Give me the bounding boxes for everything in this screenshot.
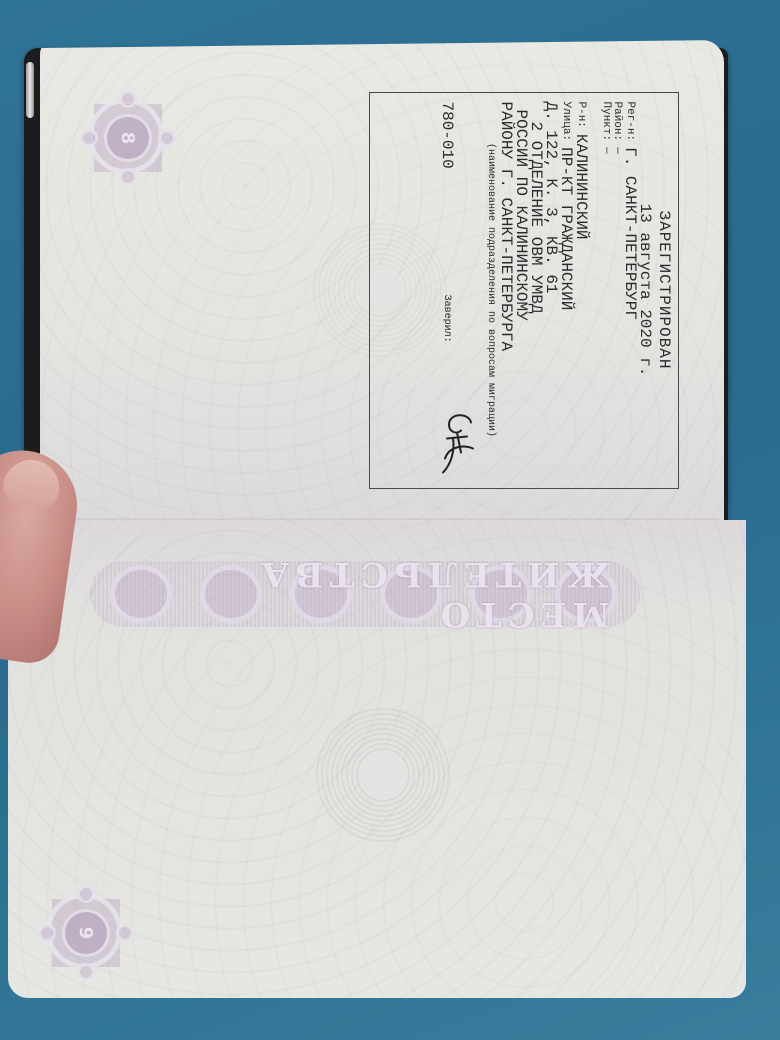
security-seal-icon bbox=[313, 705, 453, 845]
house-row: Д. 122, К. 3, КВ. 61 bbox=[543, 102, 558, 479]
department-code: 780-010 bbox=[439, 102, 454, 169]
district-value: — bbox=[611, 147, 622, 154]
registration-date: 13 августа 2020 г. bbox=[637, 102, 652, 479]
certified-label: Заверил: bbox=[439, 295, 454, 343]
page-number-bottom: 9 bbox=[38, 885, 134, 981]
region-value: Г. САНКТ-ПЕТЕРБУРГ bbox=[622, 147, 637, 320]
page-number-rosette-icon: 9 bbox=[38, 885, 134, 981]
area-row: Р-н: КАЛИНИНСКИЙ bbox=[573, 102, 588, 479]
page-number-rosette-icon: 8 bbox=[80, 90, 176, 186]
locality-value: — bbox=[600, 147, 611, 154]
region-row: Рег-н: Г. САНКТ-ПЕТЕРБУРГ bbox=[622, 102, 637, 479]
street-value: ПР-КТ ГРАЖДАНСКИЙ bbox=[558, 147, 573, 310]
street-row: Улица: ПР-КТ ГРАЖДАНСКИЙ bbox=[558, 102, 573, 479]
stamp-title: ЗАРЕГИСТРИРОВАН bbox=[656, 102, 671, 479]
ornamental-header-band: МЕСТО ЖИТЕЛЬСТВА bbox=[90, 555, 640, 633]
ornamental-header-text: МЕСТО ЖИТЕЛЬСТВА bbox=[90, 555, 640, 633]
authority-line-1: 2 ОТДЕЛЕНИЕ ОВМ УМВД bbox=[528, 102, 543, 479]
locality-label: Пункт: bbox=[600, 102, 611, 142]
locality-row: Пункт: — bbox=[600, 102, 611, 479]
region-label: Рег-н: bbox=[622, 102, 637, 142]
cover-metal-corner bbox=[26, 62, 34, 118]
authority-line-3: РАЙОНУ Г. САНКТ-ПЕТЕРБУРГА bbox=[498, 102, 513, 479]
house-value: Д. 122, К. 3, КВ. 61 bbox=[543, 102, 558, 294]
authority-line-2: РОССИИ ПО КАЛИНИНСКОМУ bbox=[513, 102, 528, 479]
registration-stamp: ЗАРЕГИСТРИРОВАН 13 августа 2020 г. Рег-н… bbox=[369, 92, 679, 489]
area-value: КАЛИНИНСКИЙ bbox=[573, 134, 588, 240]
stamp-footer: 780-010 Заверил: bbox=[439, 102, 479, 479]
area-label: Р-н: bbox=[573, 102, 588, 128]
street-label: Улица: bbox=[558, 102, 573, 142]
page-number-top: 8 bbox=[80, 90, 176, 186]
authority-caption: (наименование подразделения по вопросам … bbox=[485, 102, 496, 479]
district-label: Район: bbox=[611, 102, 622, 142]
signature-icon bbox=[439, 408, 479, 478]
